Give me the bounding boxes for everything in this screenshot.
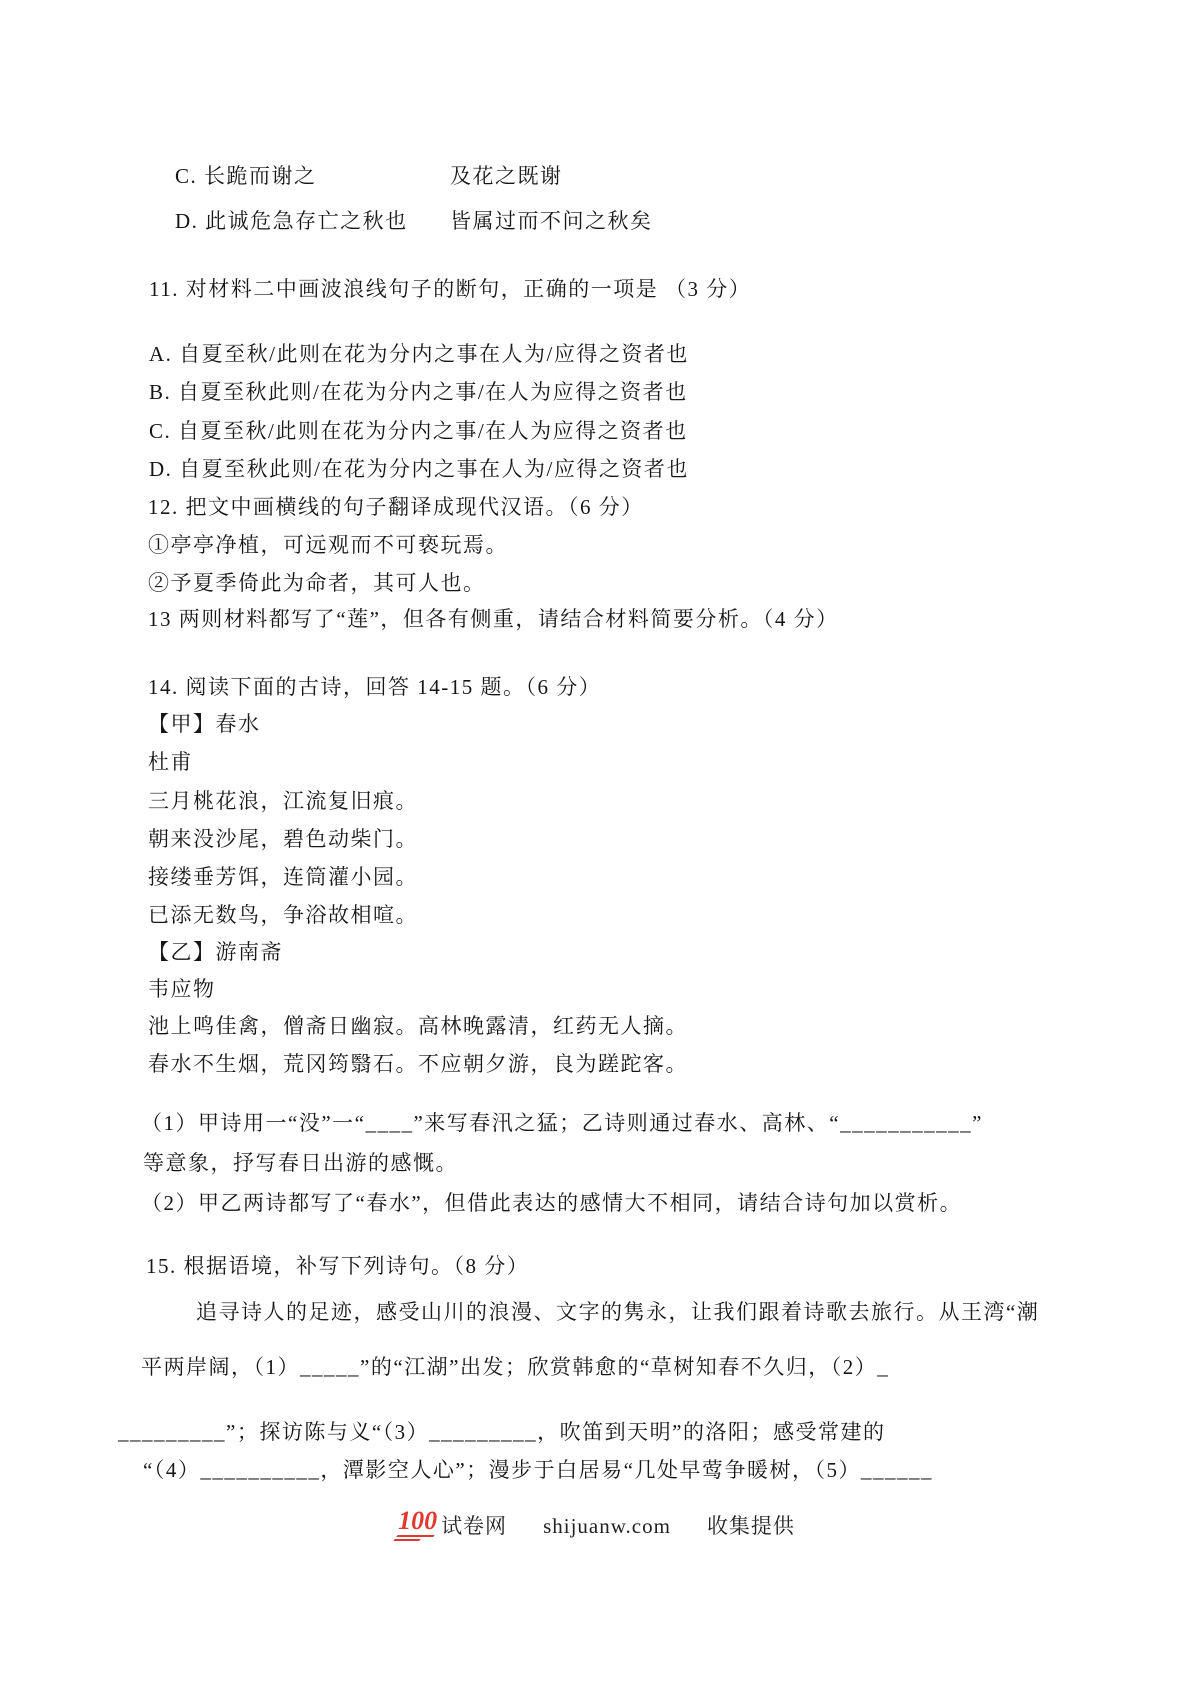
q12-item-2: ②予夏季倚此为命者，其可人也。 [148,570,486,597]
shijuanw-100-logo: 100 [396,1508,441,1539]
footer: 100 试卷网 shijuanw.com 收集提供 [0,1508,1191,1539]
q11-option-b: B. 自夏至秋此则/在花为分内之事/在人为应得之资者也 [149,379,688,406]
poem-yi-author: 韦应物 [148,976,216,1003]
q15-paragraph-line-3: _________”；探访陈与义“（3）_________，吹笛到天明”的洛阳；… [118,1419,885,1446]
poem-jia-author: 杜甫 [148,749,193,776]
q11-option-a: A. 自夏至秋/此则在花为分内之事在人为/应得之资者也 [149,341,689,368]
q10-option-c-left: C. 长跪而谢之 [175,163,317,190]
poem-jia-line-2: 朝来没沙尾，碧色动柴门。 [148,826,418,853]
q14-sub1-line-2: 等意象，抒写春日出游的感慨。 [143,1150,458,1177]
q15-paragraph-line-4: “（4）__________，潭影空人心”；漫步于白居易“几处早莺争暖树，（5）… [143,1457,933,1484]
footer-suffix: 收集提供 [707,1514,795,1539]
q12-item-1: ①亭亭净植，可远观而不可亵玩焉。 [148,532,508,559]
q14-stem: 14. 阅读下面的古诗，回答 14-15 题。（6 分） [148,674,601,701]
poem-yi-line-2: 春水不生烟，荒冈筠翳石。不应朝夕游，良为蹉跎客。 [148,1051,688,1078]
q10-option-c-right: 及花之既谢 [450,163,563,190]
poem-jia-title: 【甲】春水 [148,711,261,738]
q10-option-d-left: D. 此诚危急存亡之秋也 [175,208,408,235]
q15-paragraph-line-2: 平两岸阔，（1）_____”的“江湖”出发；欣赏韩愈的“草树知春不久归，（2）_ [141,1354,889,1381]
q15-paragraph-line-1: 追寻诗人的足迹，感受山川的浪漫、文字的隽永，让我们跟着诗歌去旅行。从王湾“潮 [196,1299,1039,1326]
footer-site-url: shijuanw.com [543,1514,671,1539]
q14-sub2: （2）甲乙两诗都写了“春水”，但借此表达的感情大不相同，请结合诗句加以赏析。 [141,1190,962,1217]
exam-document-page: C. 长跪而谢之 及花之既谢 D. 此诚危急存亡之秋也 皆属过而不问之秋矣 11… [0,0,1191,1684]
q11-stem: 11. 对材料二中画波浪线句子的断句，正确的一项是 （3 分） [149,276,751,303]
poem-yi-line-1: 池上鸣佳禽，僧斋日幽寂。高林晚露清，红药无人摘。 [148,1013,688,1040]
q13-stem: 13 两则材料都写了“莲”，但各有侧重，请结合材料简要分析。（4 分） [148,606,839,633]
q14-sub1-line-1: （1）甲诗用一“没”一“____”来写春汛之猛；乙诗则通过春水、高林、“____… [141,1110,983,1137]
poem-yi-title: 【乙】游南斋 [148,939,283,966]
q10-option-d-right: 皆属过而不问之秋矣 [450,208,653,235]
footer-brand: 100 试卷网 [396,1508,507,1539]
poem-jia-line-3: 接缕垂芳饵，连筒灌小园。 [148,864,418,891]
q11-option-d: D. 自夏至秋此则/在花为分内之事在人为/应得之资者也 [149,456,689,483]
q12-stem: 12. 把文中画横线的句子翻译成现代汉语。（6 分） [148,494,644,521]
q11-option-c: C. 自夏至秋/此则在花为分内之事/在人为应得之资者也 [149,418,688,445]
poem-jia-line-1: 三月桃花浪，江流复旧痕。 [148,788,418,815]
footer-brand-name: 试卷网 [441,1514,507,1539]
q15-stem: 15. 根据语境，补写下列诗句。（8 分） [146,1253,529,1280]
poem-jia-line-4: 已添无数鸟，争浴故相喧。 [148,902,418,929]
